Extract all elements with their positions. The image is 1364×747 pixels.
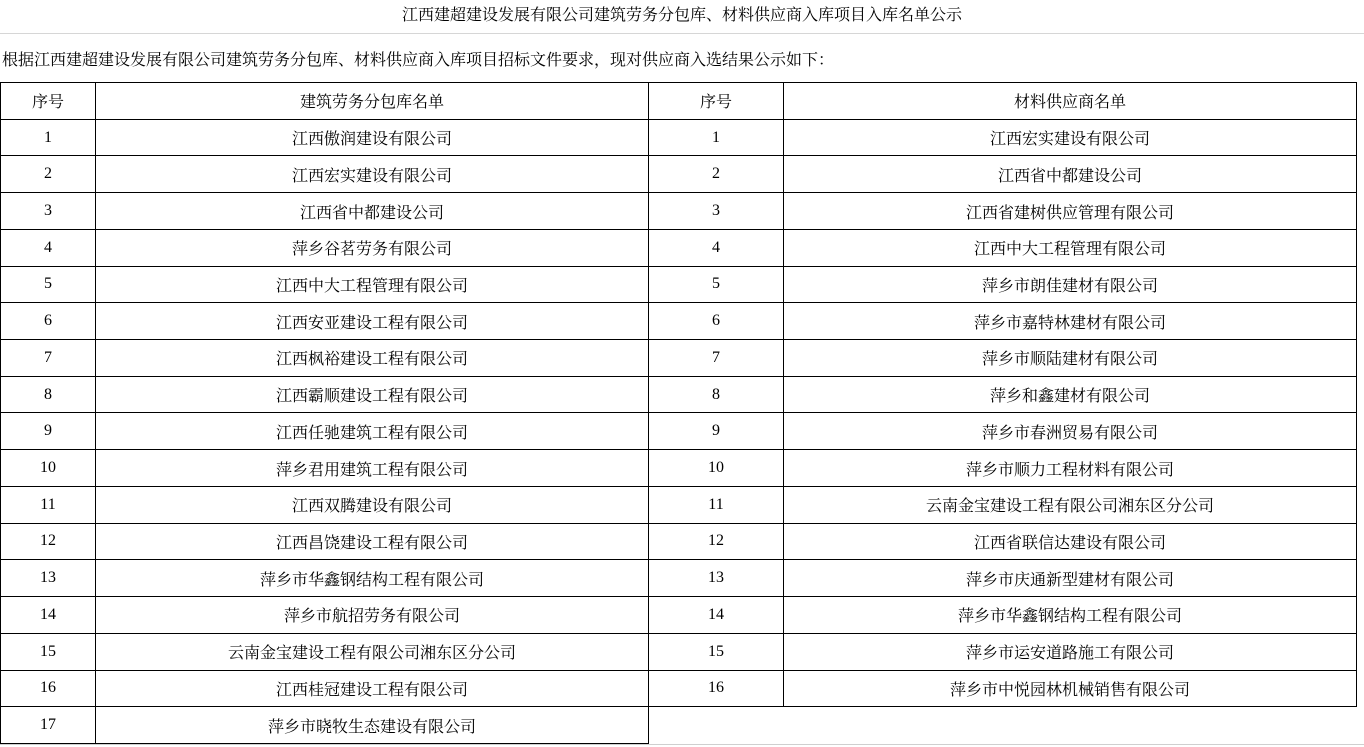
- table-row: 12江西省联信达建设有限公司: [649, 523, 1357, 560]
- company-name-cell: 萍乡市朗佳建材有限公司: [784, 266, 1357, 303]
- company-name-cell: 萍乡市庆通新型建材有限公司: [784, 560, 1357, 597]
- company-name-cell: 江西枫裕建设工程有限公司: [96, 340, 649, 377]
- row-index-cell: 13: [1, 560, 96, 597]
- company-name-cell: 江西省联信达建设有限公司: [784, 523, 1357, 560]
- row-index-cell: 3: [1, 193, 96, 230]
- company-name-cell: 江西宏实建设有限公司: [784, 119, 1357, 156]
- company-name-cell: 江西中大工程管理有限公司: [96, 266, 649, 303]
- table-row: 8江西霸顺建设工程有限公司: [1, 376, 649, 413]
- table-row: 13萍乡市庆通新型建材有限公司: [649, 560, 1357, 597]
- row-index-cell: 14: [1, 597, 96, 634]
- company-name-cell: 江西任驰建筑工程有限公司: [96, 413, 649, 450]
- table-row: 1江西宏实建设有限公司: [649, 119, 1357, 156]
- table-row: 7萍乡市顺陆建材有限公司: [649, 340, 1357, 377]
- table-row: 5江西中大工程管理有限公司: [1, 266, 649, 303]
- table-row: 9萍乡市春洲贸易有限公司: [649, 413, 1357, 450]
- bottom-separator-line: [0, 744, 1364, 745]
- table-row: 2江西宏实建设有限公司: [1, 156, 649, 193]
- row-index-cell: 14: [649, 597, 784, 634]
- table-row: 11江西双腾建设有限公司: [1, 486, 649, 523]
- tables-container: 序号 建筑劳务分包库名单 1江西傲润建设有限公司2江西宏实建设有限公司3江西省中…: [0, 82, 1364, 744]
- row-index-cell: 16: [649, 670, 784, 707]
- row-index-cell: 13: [649, 560, 784, 597]
- row-index-cell: 3: [649, 193, 784, 230]
- table-row: 5萍乡市朗佳建材有限公司: [649, 266, 1357, 303]
- company-name-cell: 萍乡市华鑫钢结构工程有限公司: [96, 560, 649, 597]
- company-name-cell: 江西双腾建设有限公司: [96, 486, 649, 523]
- company-name-cell: 萍乡市顺陆建材有限公司: [784, 340, 1357, 377]
- table-row: 6萍乡市嘉特林建材有限公司: [649, 303, 1357, 340]
- row-index-cell: 4: [649, 229, 784, 266]
- company-name-cell: 江西省建树供应管理有限公司: [784, 193, 1357, 230]
- company-name-cell: 江西昌饶建设工程有限公司: [96, 523, 649, 560]
- material-header-name: 材料供应商名单: [784, 83, 1357, 120]
- company-name-cell: 萍乡和鑫建材有限公司: [784, 376, 1357, 413]
- company-name-cell: 江西傲润建设有限公司: [96, 119, 649, 156]
- company-name-cell: 江西省中都建设公司: [96, 193, 649, 230]
- table-row: 15云南金宝建设工程有限公司湘东区分公司: [1, 633, 649, 670]
- labor-header-index: 序号: [1, 83, 96, 120]
- material-supplier-table: 序号 材料供应商名单 1江西宏实建设有限公司2江西省中都建设公司3江西省建树供应…: [648, 82, 1357, 707]
- company-name-cell: 萍乡市中悦园林机械销售有限公司: [784, 670, 1357, 707]
- company-name-cell: 萍乡市晓牧生态建设有限公司: [96, 707, 649, 744]
- company-name-cell: 江西霸顺建设工程有限公司: [96, 376, 649, 413]
- row-index-cell: 12: [1, 523, 96, 560]
- table-row: 3江西省建树供应管理有限公司: [649, 193, 1357, 230]
- table-row: 16萍乡市中悦园林机械销售有限公司: [649, 670, 1357, 707]
- page-title: 江西建超建设发展有限公司建筑劳务分包库、材料供应商入库项目入库名单公示: [0, 0, 1364, 34]
- company-name-cell: 萍乡市顺力工程材料有限公司: [784, 450, 1357, 487]
- company-name-cell: 萍乡市华鑫钢结构工程有限公司: [784, 597, 1357, 634]
- row-index-cell: 8: [649, 376, 784, 413]
- row-index-cell: 2: [1, 156, 96, 193]
- company-name-cell: 江西省中都建设公司: [784, 156, 1357, 193]
- row-index-cell: 10: [1, 450, 96, 487]
- company-name-cell: 萍乡市运安道路施工有限公司: [784, 633, 1357, 670]
- table-row: 16江西桂冠建设工程有限公司: [1, 670, 649, 707]
- table-row: 1江西傲润建设有限公司: [1, 119, 649, 156]
- company-name-cell: 江西中大工程管理有限公司: [784, 229, 1357, 266]
- row-index-cell: 11: [1, 486, 96, 523]
- company-name-cell: 云南金宝建设工程有限公司湘东区分公司: [784, 486, 1357, 523]
- company-name-cell: 萍乡君用建筑工程有限公司: [96, 450, 649, 487]
- row-index-cell: 2: [649, 156, 784, 193]
- company-name-cell: 江西桂冠建设工程有限公司: [96, 670, 649, 707]
- table-row: 6江西安亚建设工程有限公司: [1, 303, 649, 340]
- table-row: 11云南金宝建设工程有限公司湘东区分公司: [649, 486, 1357, 523]
- row-index-cell: 12: [649, 523, 784, 560]
- row-index-cell: 11: [649, 486, 784, 523]
- company-name-cell: 萍乡谷茗劳务有限公司: [96, 229, 649, 266]
- row-index-cell: 5: [1, 266, 96, 303]
- labor-table-body: 1江西傲润建设有限公司2江西宏实建设有限公司3江西省中都建设公司4萍乡谷茗劳务有…: [1, 119, 649, 743]
- table-row: 14萍乡市华鑫钢结构工程有限公司: [649, 597, 1357, 634]
- table-row: 9江西任驰建筑工程有限公司: [1, 413, 649, 450]
- intro-text: 根据江西建超建设发展有限公司建筑劳务分包库、材料供应商入库项目招标文件要求，现对…: [0, 34, 1364, 82]
- row-index-cell: 17: [1, 707, 96, 744]
- row-index-cell: 6: [649, 303, 784, 340]
- row-index-cell: 15: [1, 633, 96, 670]
- company-name-cell: 萍乡市嘉特林建材有限公司: [784, 303, 1357, 340]
- table-row: 13萍乡市华鑫钢结构工程有限公司: [1, 560, 649, 597]
- table-row: 12江西昌饶建设工程有限公司: [1, 523, 649, 560]
- company-name-cell: 江西安亚建设工程有限公司: [96, 303, 649, 340]
- table-row: 15萍乡市运安道路施工有限公司: [649, 633, 1357, 670]
- material-table-body: 1江西宏实建设有限公司2江西省中都建设公司3江西省建树供应管理有限公司4江西中大…: [649, 119, 1357, 707]
- row-index-cell: 16: [1, 670, 96, 707]
- table-row: 8萍乡和鑫建材有限公司: [649, 376, 1357, 413]
- table-row: 4江西中大工程管理有限公司: [649, 229, 1357, 266]
- company-name-cell: 江西宏实建设有限公司: [96, 156, 649, 193]
- labor-header-name: 建筑劳务分包库名单: [96, 83, 649, 120]
- row-index-cell: 10: [649, 450, 784, 487]
- row-index-cell: 9: [1, 413, 96, 450]
- table-row: 10萍乡市顺力工程材料有限公司: [649, 450, 1357, 487]
- row-index-cell: 7: [649, 340, 784, 377]
- row-index-cell: 1: [649, 119, 784, 156]
- row-index-cell: 7: [1, 340, 96, 377]
- table-row: 10萍乡君用建筑工程有限公司: [1, 450, 649, 487]
- company-name-cell: 萍乡市春洲贸易有限公司: [784, 413, 1357, 450]
- table-row: 3江西省中都建设公司: [1, 193, 649, 230]
- material-table-header-row: 序号 材料供应商名单: [649, 83, 1357, 120]
- table-row: 4萍乡谷茗劳务有限公司: [1, 229, 649, 266]
- row-index-cell: 1: [1, 119, 96, 156]
- labor-subcontractor-table: 序号 建筑劳务分包库名单 1江西傲润建设有限公司2江西宏实建设有限公司3江西省中…: [0, 82, 649, 744]
- row-index-cell: 8: [1, 376, 96, 413]
- company-name-cell: 萍乡市航招劳务有限公司: [96, 597, 649, 634]
- labor-table-header-row: 序号 建筑劳务分包库名单: [1, 83, 649, 120]
- row-index-cell: 6: [1, 303, 96, 340]
- material-header-index: 序号: [649, 83, 784, 120]
- table-row: 17萍乡市晓牧生态建设有限公司: [1, 707, 649, 744]
- row-index-cell: 4: [1, 229, 96, 266]
- table-row: 7江西枫裕建设工程有限公司: [1, 340, 649, 377]
- table-row: 2江西省中都建设公司: [649, 156, 1357, 193]
- row-index-cell: 9: [649, 413, 784, 450]
- row-index-cell: 15: [649, 633, 784, 670]
- row-index-cell: 5: [649, 266, 784, 303]
- company-name-cell: 云南金宝建设工程有限公司湘东区分公司: [96, 633, 649, 670]
- table-row: 14萍乡市航招劳务有限公司: [1, 597, 649, 634]
